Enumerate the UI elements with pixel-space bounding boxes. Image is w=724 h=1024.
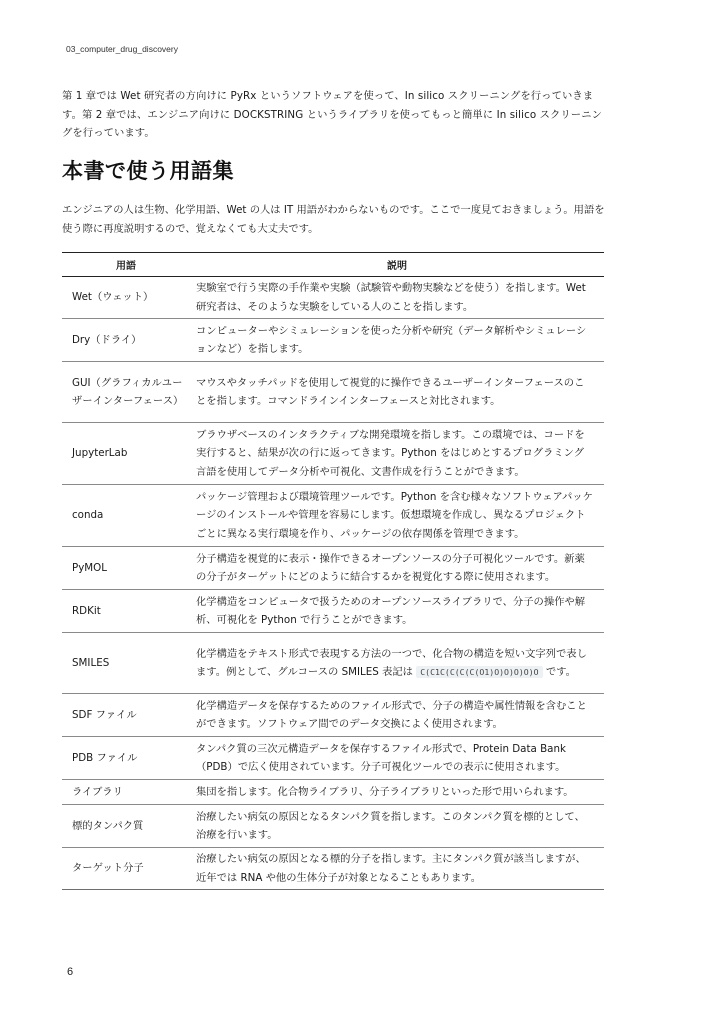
term-cell: 標的タンパク質: [62, 805, 190, 848]
description-cell: 治療したい病気の原因となるタンパク質を指します。このタンパク質を標的として、治療…: [190, 805, 604, 848]
term-cell: PyMOL: [62, 547, 190, 590]
term-cell: Wet（ウェット）: [62, 277, 190, 319]
table-row: 標的タンパク質 治療したい病気の原因となるタンパク質を指します。このタンパク質を…: [62, 805, 604, 848]
column-header-description: 説明: [190, 253, 604, 277]
table-header-row: 用語 説明: [62, 253, 604, 277]
table-row: ターゲット分子 治療したい病気の原因となる標的分子を指します。主にタンパク質が該…: [62, 848, 604, 890]
description-cell: タンパク質の三次元構造データを保存するファイル形式で、Protein Data …: [190, 737, 604, 780]
term-cell: JupyterLab: [62, 423, 190, 485]
smiles-code: C(C1C(C(C(C(O1)O)O)O)O)O: [416, 666, 542, 678]
table-row: Wet（ウェット） 実験室で行う実際の手作業や実験（試験管や動物実験などを使う）…: [62, 277, 604, 319]
table-row: PDB ファイル タンパク質の三次元構造データを保存するファイル形式で、Prot…: [62, 737, 604, 780]
intro-paragraph: 第 1 章では Wet 研究者の方向けに PyRx というソフトウェアを使って、…: [62, 87, 610, 143]
table-row: SMILES 化学構造をテキスト形式で表現する方法の一つで、化合物の構造を短い文…: [62, 633, 604, 694]
description-cell: 分子構造を視覚的に表示・操作できるオープンソースの分子可視化ツールです。新薬の分…: [190, 547, 604, 590]
smiles-description-tail: です。: [543, 666, 576, 678]
term-cell: PDB ファイル: [62, 737, 190, 780]
column-header-term: 用語: [62, 253, 190, 277]
page-number: 6: [67, 966, 73, 978]
term-cell: ライブラリ: [62, 780, 190, 805]
table-row: conda パッケージ管理および環境管理ツールです。Python を含む様々なソ…: [62, 485, 604, 547]
table-row: GUI（グラフィカルユーザーインターフェース） マウスやタッチパッドを使用して視…: [62, 362, 604, 423]
section-title: 本書で使う用語集: [62, 155, 234, 185]
description-cell: 化学構造データを保存するためのファイル形式で、分子の構造や属性情報を含むことがで…: [190, 694, 604, 737]
term-cell: SDF ファイル: [62, 694, 190, 737]
description-cell: パッケージ管理および環境管理ツールです。Python を含む様々なソフトウェアパ…: [190, 485, 604, 547]
description-cell: 集団を指します。化合物ライブラリ、分子ライブラリといった形で用いられます。: [190, 780, 604, 805]
table-row: JupyterLab ブラウザベースのインタラクティブな開発環境を指します。この…: [62, 423, 604, 485]
description-cell: 化学構造をコンピュータで扱うためのオープンソースライブラリで、分子の操作や解析、…: [190, 590, 604, 633]
section-intro: エンジニアの人は生物、化学用語、Wet の人は IT 用語がわからないものです。…: [62, 201, 612, 238]
term-cell: GUI（グラフィカルユーザーインターフェース）: [62, 362, 190, 423]
table-row: Dry（ドライ） コンピューターやシミュレーションを使った分析や研究（データ解析…: [62, 319, 604, 362]
table-row: PyMOL 分子構造を視覚的に表示・操作できるオープンソースの分子可視化ツールで…: [62, 547, 604, 590]
description-cell: マウスやタッチパッドを使用して視覚的に操作できるユーザーインターフェースのことを…: [190, 362, 604, 423]
description-cell: 治療したい病気の原因となる標的分子を指します。主にタンパク質が該当しますが、近年…: [190, 848, 604, 890]
term-cell: RDKit: [62, 590, 190, 633]
table-row: SDF ファイル 化学構造データを保存するためのファイル形式で、分子の構造や属性…: [62, 694, 604, 737]
term-cell: conda: [62, 485, 190, 547]
table-row: ライブラリ 集団を指します。化合物ライブラリ、分子ライブラリといった形で用いられ…: [62, 780, 604, 805]
description-cell: コンピューターやシミュレーションを使った分析や研究（データ解析やシミュレーション…: [190, 319, 604, 362]
description-cell: 化学構造をテキスト形式で表現する方法の一つで、化合物の構造を短い文字列で表します…: [190, 633, 604, 694]
term-cell: SMILES: [62, 633, 190, 694]
glossary-table: 用語 説明 Wet（ウェット） 実験室で行う実際の手作業や実験（試験管や動物実験…: [62, 252, 604, 890]
term-cell: ターゲット分子: [62, 848, 190, 890]
description-cell: ブラウザベースのインタラクティブな開発環境を指します。この環境では、コードを実行…: [190, 423, 604, 485]
term-cell: Dry（ドライ）: [62, 319, 190, 362]
running-header: 03_computer_drug_discovery: [66, 44, 178, 54]
description-cell: 実験室で行う実際の手作業や実験（試験管や動物実験などを使う）を指します。Wet …: [190, 277, 604, 319]
table-row: RDKit 化学構造をコンピュータで扱うためのオープンソースライブラリで、分子の…: [62, 590, 604, 633]
